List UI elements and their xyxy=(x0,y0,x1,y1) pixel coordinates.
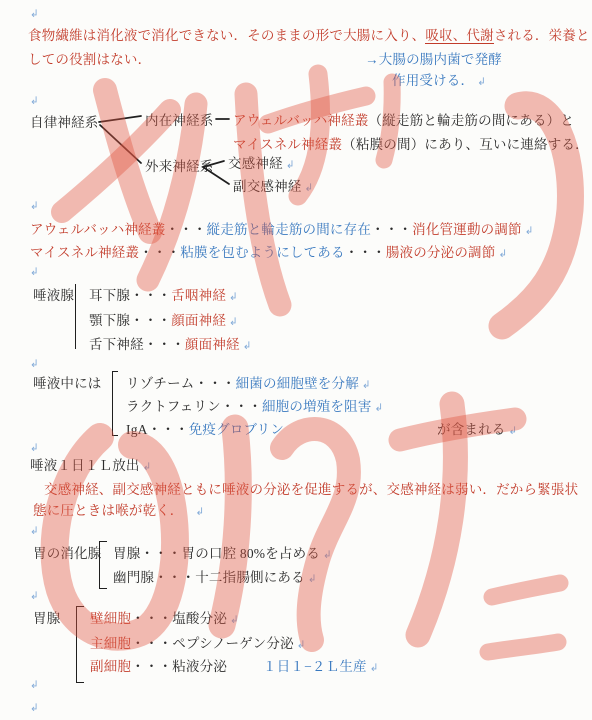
salivary-row: 顎下腺・・・顔面神経↲ xyxy=(89,312,238,331)
separator-dots: ・・・ xyxy=(130,288,171,303)
fiber-text: しての役割はない． xyxy=(28,52,151,67)
branch-line-root-to-extrinsic xyxy=(100,125,141,163)
salivary-row: 舌下神経・・・顔面神経↲ xyxy=(89,336,252,355)
separator-dots: ・・・ xyxy=(144,337,185,352)
intrinsic-text: 内在神経系 xyxy=(145,113,214,128)
gland-name: 顎下腺 xyxy=(89,313,130,328)
separator-dots: ・・・ xyxy=(154,570,195,585)
cell-name: 主細胞 xyxy=(90,636,131,651)
stomach-gland-row: 幽門腺・・・十二指腸側にある↲ xyxy=(113,569,317,588)
plexus-role: 腸液の分泌の調節 xyxy=(386,245,496,260)
line-break-mark: ↲ xyxy=(498,248,507,260)
tree-intrinsic-label: 内在神経系 xyxy=(145,112,214,129)
plexus-name: マイスネル神経叢 xyxy=(30,245,139,260)
heading-text: 唾液１日１Ｌ放出 xyxy=(30,458,140,473)
auerbach-name: アウェルバッハ神経叢 xyxy=(233,113,369,128)
production-note-text: １日１−２Ｌ生産 xyxy=(263,659,367,674)
note-text: 態に圧ときは喉が乾く． xyxy=(33,503,183,518)
substance-name: ラクトフェリン xyxy=(126,399,221,414)
tree-auerbach-line: アウェルバッハ神経叢（縦走筋と輪走筋の間にある）と xyxy=(233,112,574,129)
plexus-location: 粘膜を包むようにしてある xyxy=(180,245,344,260)
line-break-mark: ↲ xyxy=(30,442,39,454)
plexus-name: アウェルバッハ神経叢 xyxy=(30,222,166,237)
nerve-name: 顔面神経 xyxy=(185,337,240,352)
separator-dots: ・・・ xyxy=(221,399,262,414)
stomach-gland-row: 胃腺・・・胃の口腔 80%を占める↲ xyxy=(113,545,332,564)
line-break-mark: ↲ xyxy=(143,461,152,473)
gastric-production-note: １日１−２Ｌ生産↲ xyxy=(263,658,379,677)
cell-name: 副細胞 xyxy=(90,659,131,674)
gland-name: 耳下腺 xyxy=(89,288,130,303)
line-break-mark: ↲ xyxy=(230,614,239,626)
saliva-contains-suffix: が含まれる↲ xyxy=(437,421,518,440)
stomach-glands-label-text: 胃の消化腺 xyxy=(33,546,102,561)
line-break-mark: ↲ xyxy=(323,549,332,561)
line-break-mark: ↲ xyxy=(30,590,39,602)
substance-name: リゾチーム xyxy=(126,376,195,391)
separator-dots: ・・・ xyxy=(345,245,386,260)
line-break-mark: ↲ xyxy=(30,200,39,212)
fiber-text: 食物繊維は消化液で消化できない．そのままの形で大腸に入り、 xyxy=(28,28,425,43)
stomach-glands-bracket xyxy=(99,541,107,589)
salivary-group-label: 唾液腺 xyxy=(33,287,74,304)
gastric-cell-row: 副細胞・・・粘液分泌 xyxy=(90,658,227,675)
gland-name: 舌下神経 xyxy=(89,337,144,352)
substance-function: 免疫グロブリン xyxy=(189,422,284,437)
line-break-mark: ↲ xyxy=(30,95,39,107)
cell-name: 壁細胞 xyxy=(90,611,131,626)
gastric-cell-row: 壁細胞・・・塩酸分泌↲ xyxy=(90,610,239,629)
line-break-mark: ↲ xyxy=(525,225,534,237)
line-break-mark: ↲ xyxy=(229,291,238,303)
line-break-mark: ↲ xyxy=(375,402,384,414)
saliva-output-heading: 唾液１日１Ｌ放出↲ xyxy=(30,457,152,476)
fiber-text: される．栄養と xyxy=(494,28,590,43)
separator-dots: ・・・ xyxy=(130,313,171,328)
saliva-contains-bracket xyxy=(112,371,118,436)
nerve-name: 顔面神経 xyxy=(171,313,226,328)
tree-connector-lines xyxy=(0,0,592,720)
separator-dots: ・・・ xyxy=(140,546,181,561)
plexus-location: 縦走筋と輪走筋の間に存在 xyxy=(207,222,371,237)
line-break-mark: ↲ xyxy=(30,266,39,278)
separator-dots: ・・・ xyxy=(131,636,172,651)
extrinsic-text: 外来神経系 xyxy=(145,159,214,174)
separator-dots: ・・・ xyxy=(131,611,172,626)
line-break-mark: ↲ xyxy=(243,340,252,352)
separator-dots: ・・・ xyxy=(131,659,172,674)
saliva-contains-label-text: 唾液中には xyxy=(33,376,102,391)
line-break-mark: ↲ xyxy=(30,679,39,691)
line-break-mark: ↲ xyxy=(297,639,306,651)
notes-photo-page: ↲ ↲ ↲ ↲ ↲ ↲ ↲ ↲ ↲ ↲ 食物繊維は消化液で消化できない．そのまま… xyxy=(0,0,592,720)
fiber-note-line2: 作用受ける．↲ xyxy=(392,72,486,91)
plexus-summary-row: アウェルバッハ神経叢・・・縦走筋と輪走筋の間に存在・・・消化管運動の調節↲ xyxy=(30,221,534,240)
fiber-paragraph-line1: 食物繊維は消化液で消化できない．そのままの形で大腸に入り、吸収、代謝される．栄養… xyxy=(28,27,590,44)
gastric-cells-bracket xyxy=(76,606,84,683)
plexus-summary-row: マイスネル神経叢・・・粘膜を包むようにしてある・・・腸液の分泌の調節↲ xyxy=(30,244,507,263)
separator-dots: ・・・ xyxy=(195,376,236,391)
note-text: 交感神経、副交感神経ともに唾液の分泌を促進するが、交感神経は弱い．だから緊張状 xyxy=(44,482,578,497)
saliva-output-note-line1: 交感神経、副交感神経ともに唾液の分泌を促進するが、交感神経は弱い．だから緊張状 xyxy=(44,481,578,498)
saliva-contains-label: 唾液中には xyxy=(33,375,102,392)
suffix-text: が含まれる xyxy=(437,422,506,437)
tree-root-label: 自律神経系 xyxy=(30,114,99,131)
cell-secretion: 塩酸分泌 xyxy=(172,611,227,626)
meissner-desc: （粘膜の間）にあり、互いに連絡する． xyxy=(342,137,589,152)
separator-dots: ・・・ xyxy=(148,422,189,437)
parasympathetic-text: 副交感神経 xyxy=(233,179,302,194)
tree-meissner-line: マイスネル神経叢（粘膜の間）にあり、互いに連絡する．↲ xyxy=(233,136,592,155)
gastric-cells-label-text: 胃腺 xyxy=(33,611,60,626)
saliva-contains-row: リゾチーム・・・細菌の細胞壁を分解↲ xyxy=(126,375,371,394)
saliva-contains-row: IgA・・・免疫グロブリン xyxy=(126,421,284,438)
separator-dots: ・・・ xyxy=(166,222,207,237)
line-break-mark: ↲ xyxy=(308,573,317,585)
saliva-output-note-line2: 態に圧ときは喉が乾く．↲ xyxy=(33,502,204,521)
line-break-mark: ↲ xyxy=(30,358,39,370)
salivary-bracket xyxy=(75,284,76,349)
gland-name: 幽門腺 xyxy=(113,570,154,585)
line-break-mark: ↲ xyxy=(509,425,518,437)
line-break-mark: ↲ xyxy=(477,76,486,88)
tree-extrinsic-label: 外来神経系 xyxy=(145,158,214,175)
auerbach-desc: （縦走筋と輪走筋の間にある）と xyxy=(369,113,575,128)
line-break-mark: ↲ xyxy=(305,182,314,194)
gland-name: 胃腺 xyxy=(113,546,140,561)
nerve-name: 舌咽神経 xyxy=(171,288,226,303)
cell-secretion: 粘液分泌 xyxy=(172,659,227,674)
fiber-underlined-text: 吸収、代謝 xyxy=(425,28,494,44)
substance-function: 細菌の細胞壁を分解 xyxy=(236,376,359,391)
line-break-mark: ↲ xyxy=(286,159,295,171)
gastric-cell-row: 主細胞・・・ペプシノーゲン分泌↲ xyxy=(90,635,306,654)
tree-parasympathetic-label: 副交感神経↲ xyxy=(233,178,314,197)
branch-line-root-to-intrinsic xyxy=(99,116,141,122)
sympathetic-text: 交感神経 xyxy=(228,156,283,171)
line-break-mark: ↲ xyxy=(370,662,379,674)
substance-name: IgA xyxy=(126,422,148,437)
fermentation-note: →大腸の腸内菌で発酵 xyxy=(365,52,502,67)
saliva-contains-row: ラクトフェリン・・・細胞の増殖を阻害↲ xyxy=(126,398,384,417)
separator-dots: ・・・ xyxy=(371,222,412,237)
gland-desc: 胃の口腔 80%を占める xyxy=(182,546,321,561)
salivary-row: 耳下腺・・・舌咽神経↲ xyxy=(89,287,238,306)
fermentation-note: 作用受ける． xyxy=(392,73,474,88)
line-break-mark: ↲ xyxy=(30,702,39,714)
fiber-paragraph-line2: しての役割はない． xyxy=(28,51,151,68)
stomach-glands-label: 胃の消化腺 xyxy=(33,545,102,562)
line-break-mark: ↲ xyxy=(229,316,238,328)
root-text: 自律神経系 xyxy=(30,115,99,130)
fiber-note-line1: →大腸の腸内菌で発酵 xyxy=(365,51,502,68)
meissner-name: マイスネル神経叢 xyxy=(233,137,342,152)
plexus-role: 消化管運動の調節 xyxy=(412,222,522,237)
gastric-cells-label: 胃腺 xyxy=(33,610,60,627)
handwritten-watermark-overlay xyxy=(0,0,592,720)
tree-sympathetic-label: 交感神経↲ xyxy=(228,155,295,174)
line-break-mark: ↲ xyxy=(30,525,39,537)
line-break-mark: ↲ xyxy=(30,8,39,20)
salivary-label-text: 唾液腺 xyxy=(33,288,74,303)
gland-desc: 十二指腸側にある xyxy=(195,570,305,585)
line-break-mark: ↲ xyxy=(362,379,371,391)
cell-secretion: ペプシノーゲン分泌 xyxy=(172,636,294,651)
substance-function: 細胞の増殖を阻害 xyxy=(262,399,372,414)
line-break-mark: ↲ xyxy=(195,506,204,518)
separator-dots: ・・・ xyxy=(139,245,180,260)
